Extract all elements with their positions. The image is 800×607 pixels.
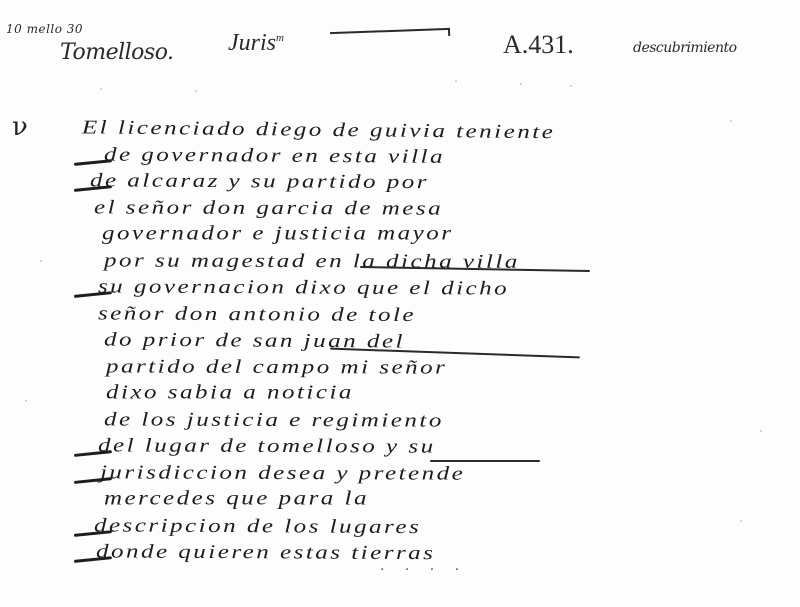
cutoff-line-fragment: · · · · [380,562,467,578]
margin-mark: ν [12,112,28,142]
signature-flourish [330,28,450,34]
scan-speck [730,120,732,122]
manuscript-line: del lugar de tomelloso y su [82,430,722,459]
manuscript-line: governador e justicia mayor [82,218,722,245]
scan-speck [740,520,742,522]
underline-stroke [430,460,540,462]
manuscript-line: dixo sabia a noticia [82,377,722,404]
manuscript-line: el señor don garcia de mesa [82,192,722,221]
signature-superscript: m [276,32,284,44]
manuscript-line: mercedes que para la [82,483,722,510]
scan-speck [195,90,197,92]
scan-speck [520,83,522,85]
scan-speck [100,88,102,90]
manuscript-line: de los justicia e regimiento [82,404,722,433]
scan-speck [760,430,762,432]
signature-text: Juris [228,30,276,56]
scan-speck [570,85,572,87]
scan-speck [25,400,27,402]
manuscript-line: por su magestad en la dicha villa [82,245,722,274]
manuscript-body: El licenciado diego de guivia teniente d… [82,112,722,563]
manuscript-line: jurisdiccion desea y pretende [82,457,722,486]
reference-number: A.431. [503,30,574,60]
scan-speck [40,260,42,262]
manuscript-line: descripcion de los lugares [82,510,722,540]
manuscript-line: partido del campo mi señor [82,351,722,380]
place-name: Tomelloso. [60,40,174,65]
manuscript-line: su governacion dixo que el dicho [82,271,722,301]
manuscript-line: de alcaraz y su partido por [82,165,722,195]
scan-speck [455,80,457,82]
date-note: 10 mello 30 [6,22,83,36]
subject-note: descubrimiento [633,40,737,56]
manuscript-page: 10 mello 30 Tomelloso. Jurism A.431. des… [0,0,800,607]
signature: Jurism [228,30,284,57]
manuscript-line: señor don antonio de tole [82,298,722,328]
